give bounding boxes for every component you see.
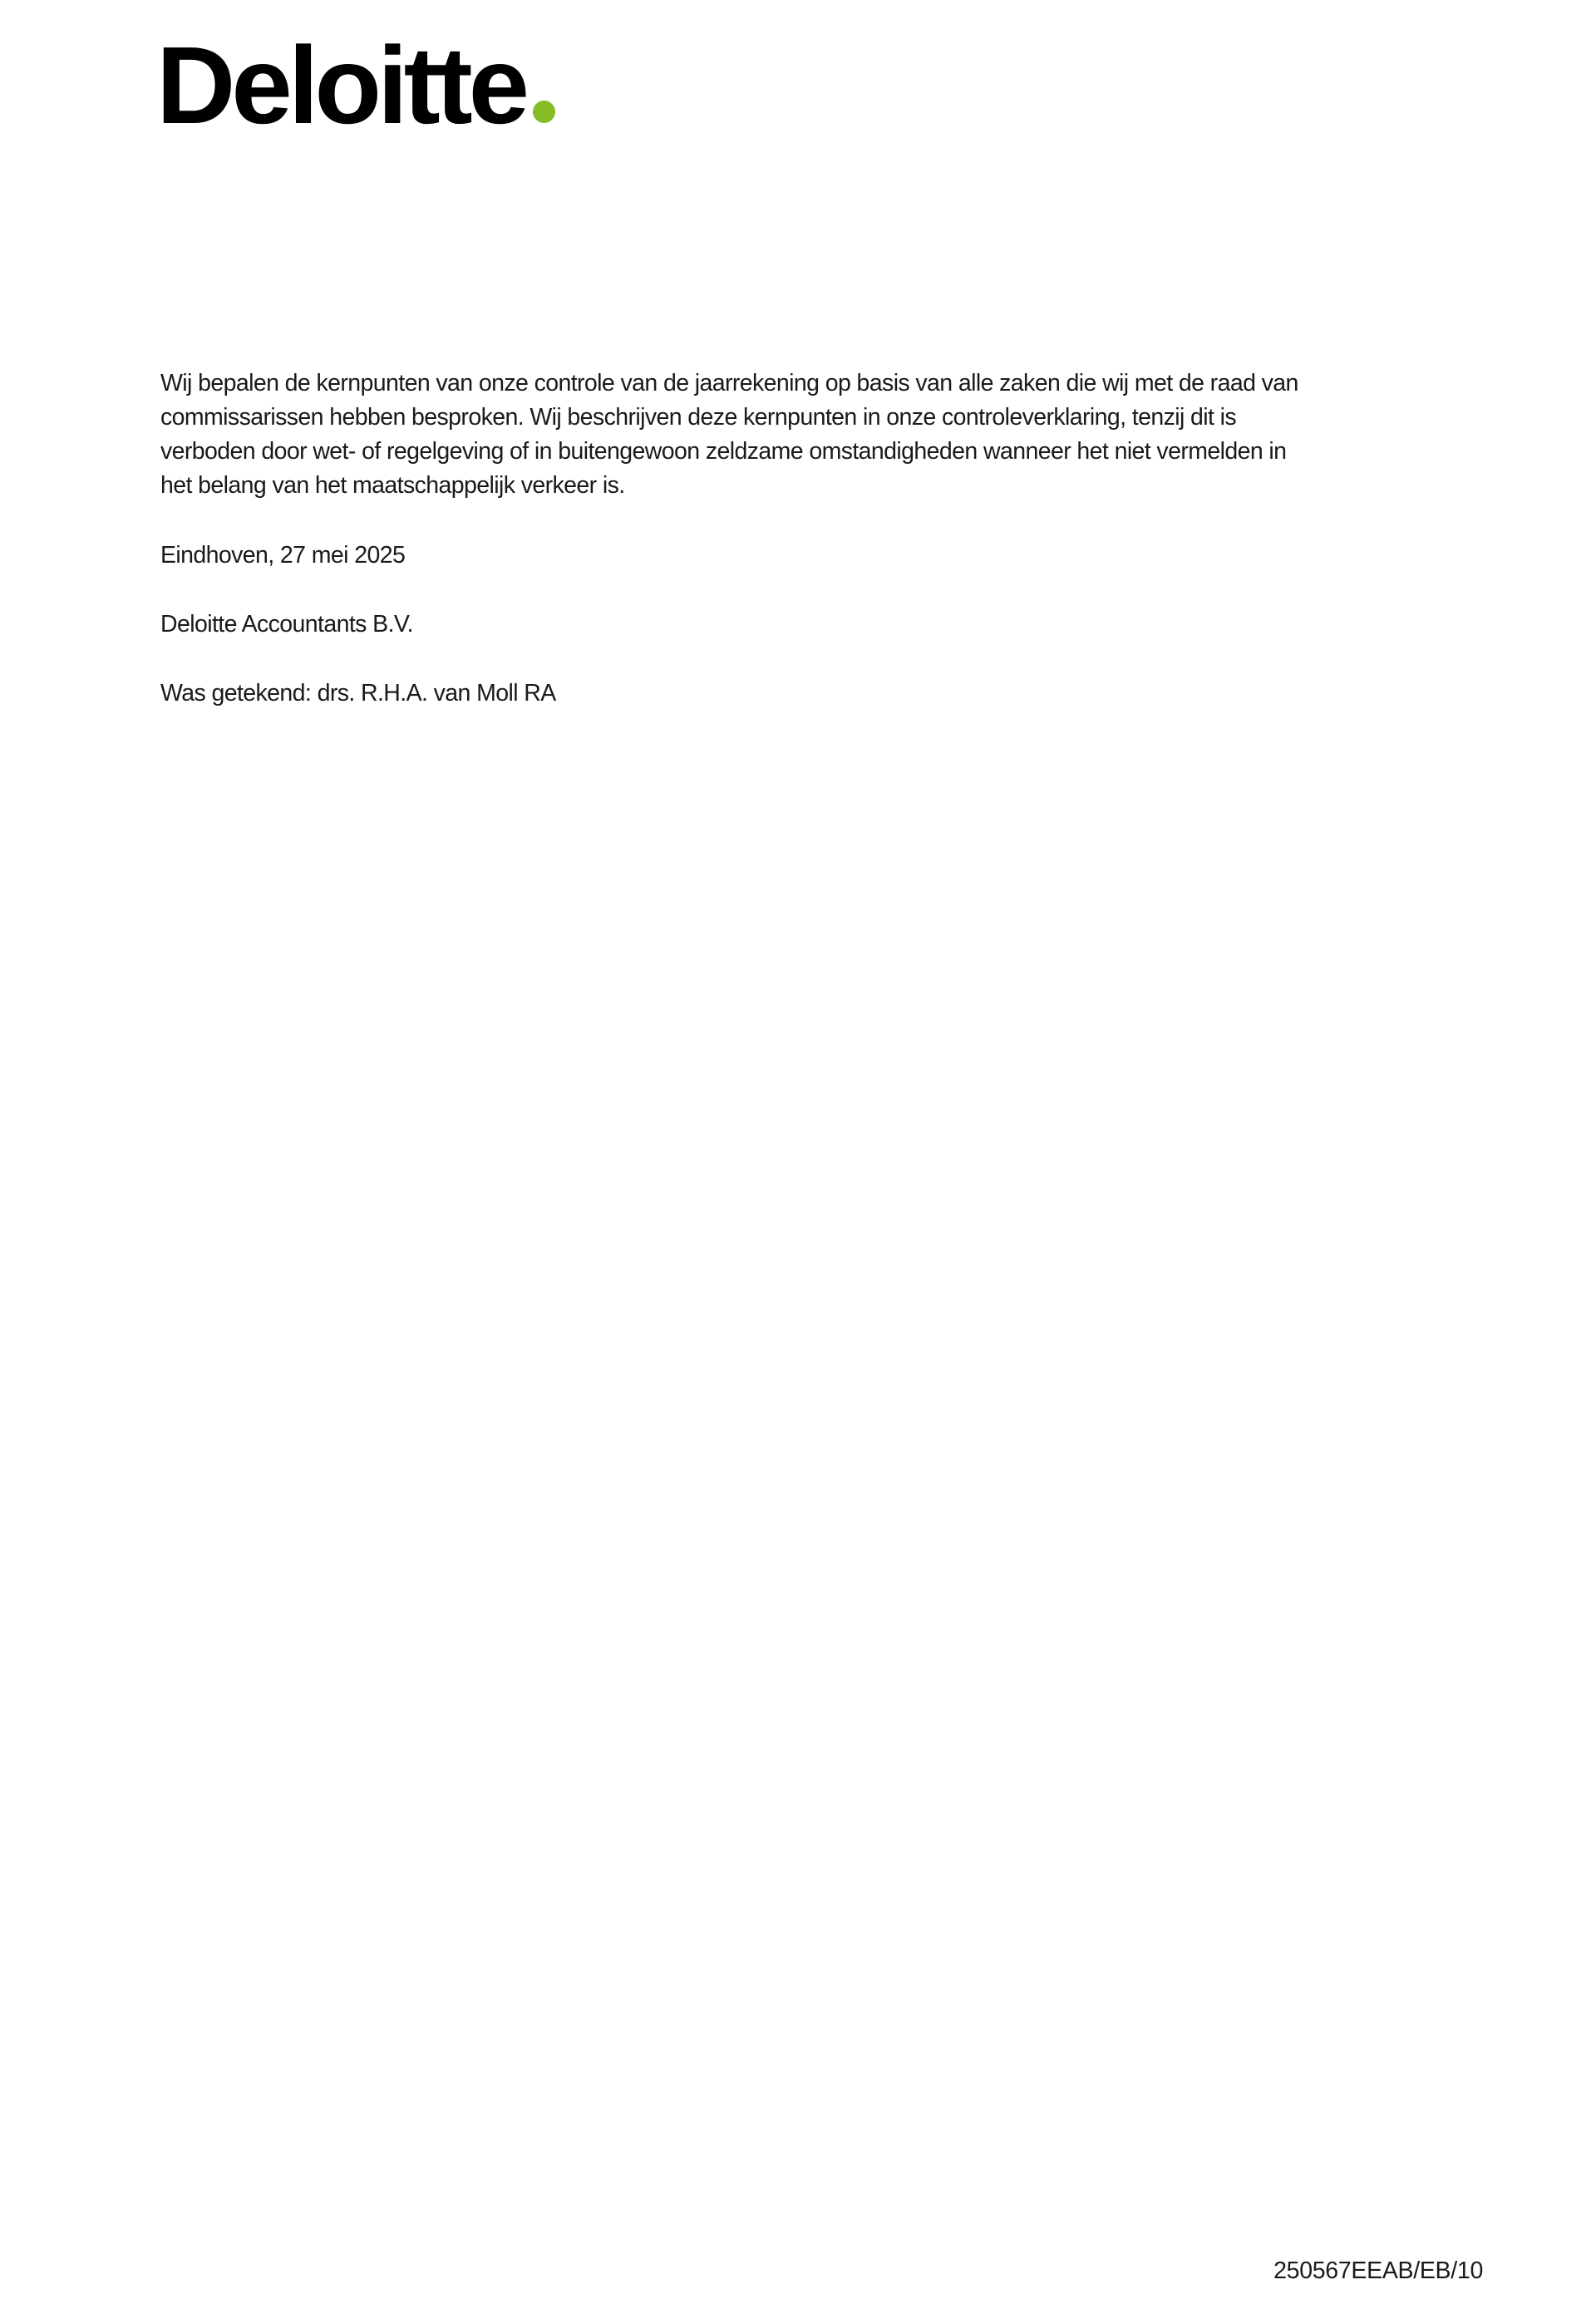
key-audit-matters-paragraph: Wij bepalen de kernpunten van onze contr… — [160, 367, 1298, 503]
deloitte-logo: Deloitte — [156, 23, 555, 148]
logo-wordmark: Deloitte — [156, 24, 525, 146]
firm-name: Deloitte Accountants B.V. — [160, 608, 413, 641]
paragraph-line: Wij bepalen de kernpunten van onze contr… — [160, 367, 1298, 401]
document-reference: 250567EEAB/EB/10 — [1273, 2254, 1483, 2287]
paragraph-line: verboden door wet- of regelgeving of in … — [160, 435, 1298, 469]
paragraph-line: het belang van het maatschappelijk verke… — [160, 469, 1298, 503]
place-and-date: Eindhoven, 27 mei 2025 — [160, 539, 405, 572]
signature-line: Was getekend: drs. R.H.A. van Moll RA — [160, 677, 556, 710]
logo-green-dot-icon — [533, 101, 555, 123]
paragraph-line: commissarissen hebben besproken. Wij bes… — [160, 401, 1298, 435]
